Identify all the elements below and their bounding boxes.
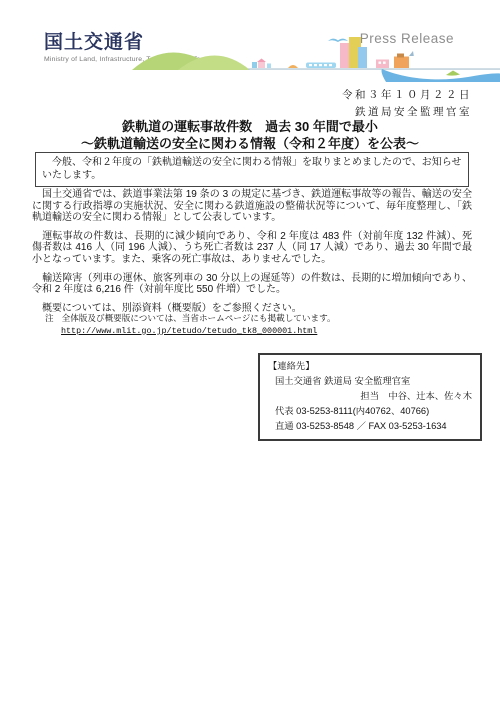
- crane-icon: [409, 51, 414, 56]
- boat-icon: [446, 71, 460, 76]
- release-date: 令和３年１０月２２日: [342, 87, 472, 104]
- bird-icon: [328, 39, 348, 42]
- roof-icon: [257, 59, 266, 63]
- building-icon: [376, 60, 389, 69]
- contact-staff: 担当 中谷、辻本、佐々木: [268, 389, 474, 404]
- building-icon: [340, 43, 349, 68]
- contact-tel-direct: 直通 03-5253-8548 ／ FAX 03-5253-1634: [268, 419, 474, 434]
- harbor-building-icon: [394, 57, 409, 69]
- homepage-link[interactable]: http://www.mlit.go.jp/tetudo/tetudo_tk8_…: [61, 326, 336, 337]
- ground-line: [248, 68, 500, 69]
- summary-box: 今般、令和２年度の「鉄軌道輸送の安全に関わる情報」を取りまとめましたので、お知ら…: [35, 152, 469, 187]
- sea-wave-icon: [382, 69, 500, 82]
- contact-tel-main: 代表 03-5253-8111(内40762、40766): [268, 404, 474, 419]
- body-text: 国土交通省では、鉄道事業法第 19 条の 3 の規定に基づき、鉄道運転事故等の報…: [32, 189, 472, 321]
- dome-icon: [288, 65, 298, 68]
- contact-heading: 【連絡先】: [268, 359, 474, 374]
- contact-box: 【連絡先】 国土交通省 鉄道局 安全監理官室 担当 中谷、辻本、佐々木 代表 0…: [258, 353, 482, 441]
- footnote-marker: 注: [45, 313, 54, 325]
- footnote: 注 全体版及び概要版については、当省ホームページにも掲載しています。 http:…: [45, 313, 336, 337]
- contact-org: 国土交通省 鉄道局 安全監理官室: [268, 374, 474, 389]
- paragraph: 輸送障害（列車の運休、旅客列車の 30 分以上の遅延等）の件数は、長期的に増加傾…: [32, 273, 472, 296]
- paragraph: 運転事故の件数は、長期的に減少傾向であり、令和 2 年度は 483 件（対前年度…: [32, 231, 472, 266]
- page-subtitle: ～鉄軌道輸送の安全に関わる情報（令和２年度）を公表～: [0, 133, 500, 152]
- press-release-page: 国土交通省 Ministry of Land, Infrastructure, …: [0, 0, 500, 707]
- paragraph: 国土交通省では、鉄道事業法第 19 条の 3 の規定に基づき、鉄道運転事故等の報…: [32, 189, 472, 224]
- building-icon: [358, 47, 367, 68]
- house-icon: [258, 62, 265, 68]
- cityscape-banner-illustration: [130, 26, 500, 82]
- house-icon: [267, 64, 271, 69]
- harbor-building-icon: [397, 54, 404, 58]
- footnote-text: 全体版及び概要版については、当省ホームページにも掲載しています。: [62, 313, 336, 325]
- house-icon: [252, 62, 257, 68]
